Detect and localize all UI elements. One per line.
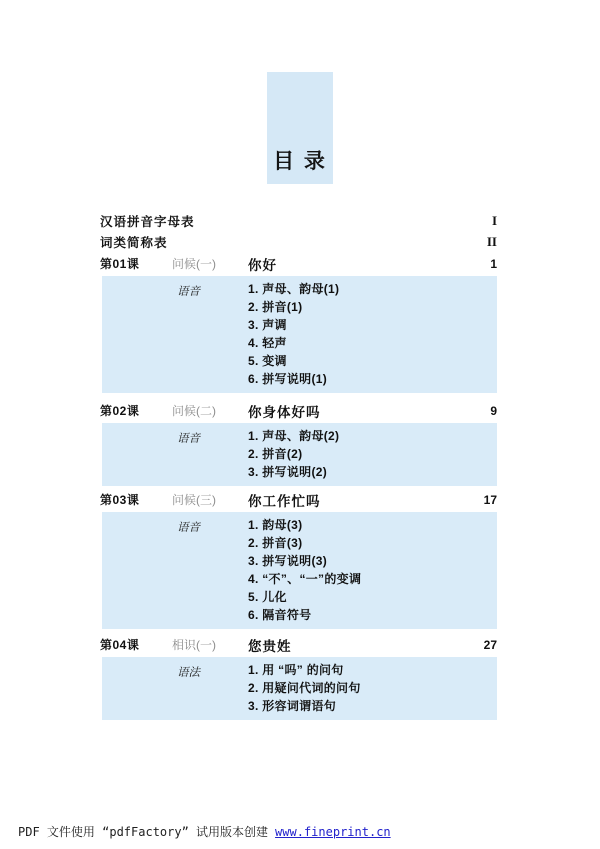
- section-type-label: 语音: [177, 283, 200, 299]
- lesson-item-list: 1. 用 “吗” 的问句 2. 用疑问代词的问句 3. 形容词谓语句: [248, 661, 497, 715]
- toc-item: 6. 拼写说明(1): [248, 370, 497, 388]
- toc-title-box: 目 录: [267, 72, 333, 184]
- toc-item: 4. 轻声: [248, 334, 497, 352]
- section-type-label: 语法: [177, 664, 200, 680]
- lesson-item-list: 1. 韵母(3) 2. 拼音(3) 3. 拼写说明(3) 4. “不”、“一”的…: [248, 516, 497, 624]
- lesson-page-number: 17: [484, 493, 497, 507]
- lesson-title: 你好: [248, 254, 277, 274]
- lesson-item-list: 1. 声母、韵母(2) 2. 拼音(2) 3. 拼写说明(2): [248, 427, 497, 481]
- lesson-category: 问候(二): [172, 402, 248, 419]
- watermark-text: PDF 文件使用 “pdfFactory” 试用版本创建: [18, 825, 268, 839]
- toc-item: 2. 拼音(2): [248, 445, 497, 463]
- toc-item: 3. 声调: [248, 316, 497, 334]
- lesson-category: 相识(一): [172, 636, 248, 653]
- lesson-content-box: 语音 1. 声母、韵母(2) 2. 拼音(2) 3. 拼写说明(2): [102, 423, 497, 486]
- front-matter-row: 词类简称表 II: [100, 231, 497, 252]
- front-matter-page-number: II: [487, 234, 497, 250]
- section-type-label: 语音: [177, 519, 200, 535]
- lesson-section-02: 第02课 问候(二) 你身体好吗 9 语音 1. 声母、韵母(2) 2. 拼音(…: [100, 400, 497, 486]
- lesson-header: 第03课 问候(三) 你工作忙吗 17: [100, 489, 497, 510]
- lesson-title: 你工作忙吗: [248, 490, 321, 510]
- front-matter-label: 汉语拼音字母表: [100, 212, 195, 230]
- lesson-number: 第01课: [100, 255, 172, 272]
- front-matter-label: 词类简称表: [100, 233, 168, 251]
- lesson-section-01: 第01课 问候(一) 你好 1 语音 1. 声母、韵母(1) 2. 拼音(1) …: [100, 253, 497, 393]
- pdffactory-watermark: PDF 文件使用 “pdfFactory” 试用版本创建www.fineprin…: [18, 823, 391, 840]
- lesson-page-number: 27: [484, 638, 497, 652]
- toc-item: 2. 用疑问代词的问句: [248, 679, 497, 697]
- toc-item: 3. 形容词谓语句: [248, 697, 497, 715]
- lesson-title: 你身体好吗: [248, 401, 321, 421]
- lesson-number: 第04课: [100, 636, 172, 653]
- section-type-label: 语音: [177, 430, 200, 446]
- fineprint-link[interactable]: www.fineprint.cn: [275, 825, 391, 839]
- toc-page: 目 录 汉语拼音字母表 I 词类简称表 II 第01课 问候(一) 你好 1 语…: [0, 0, 600, 849]
- toc-item: 1. 韵母(3): [248, 516, 497, 534]
- lesson-content-box: 语音 1. 声母、韵母(1) 2. 拼音(1) 3. 声调 4. 轻声 5. 变…: [102, 276, 497, 393]
- lesson-category: 问候(三): [172, 491, 248, 508]
- toc-item: 4. “不”、“一”的变调: [248, 570, 497, 588]
- page-title: 目 录: [273, 145, 327, 175]
- front-matter-page-number: I: [492, 213, 497, 229]
- toc-item: 2. 拼音(1): [248, 298, 497, 316]
- toc-item: 6. 隔音符号: [248, 606, 497, 624]
- toc-item: 5. 儿化: [248, 588, 497, 606]
- toc-item: 1. 用 “吗” 的问句: [248, 661, 497, 679]
- lesson-item-list: 1. 声母、韵母(1) 2. 拼音(1) 3. 声调 4. 轻声 5. 变调 6…: [248, 280, 497, 388]
- lesson-category: 问候(一): [172, 255, 248, 272]
- lesson-number: 第03课: [100, 491, 172, 508]
- toc-item: 5. 变调: [248, 352, 497, 370]
- lesson-header: 第02课 问候(二) 你身体好吗 9: [100, 400, 497, 421]
- front-matter-row: 汉语拼音字母表 I: [100, 210, 497, 231]
- lesson-content-box: 语法 1. 用 “吗” 的问句 2. 用疑问代词的问句 3. 形容词谓语句: [102, 657, 497, 720]
- toc-item: 2. 拼音(3): [248, 534, 497, 552]
- lesson-section-03: 第03课 问候(三) 你工作忙吗 17 语音 1. 韵母(3) 2. 拼音(3)…: [100, 489, 497, 629]
- toc-item: 3. 拼写说明(3): [248, 552, 497, 570]
- toc-item: 1. 声母、韵母(2): [248, 427, 497, 445]
- lesson-page-number: 1: [490, 257, 497, 271]
- front-matter: 汉语拼音字母表 I 词类简称表 II: [100, 210, 497, 252]
- toc-item: 3. 拼写说明(2): [248, 463, 497, 481]
- lesson-header: 第01课 问候(一) 你好 1: [100, 253, 497, 274]
- lesson-section-04: 第04课 相识(一) 您贵姓 27 语法 1. 用 “吗” 的问句 2. 用疑问…: [100, 634, 497, 720]
- lesson-number: 第02课: [100, 402, 172, 419]
- toc-item: 1. 声母、韵母(1): [248, 280, 497, 298]
- lesson-page-number: 9: [490, 404, 497, 418]
- lesson-header: 第04课 相识(一) 您贵姓 27: [100, 634, 497, 655]
- lesson-title: 您贵姓: [248, 635, 292, 655]
- lesson-content-box: 语音 1. 韵母(3) 2. 拼音(3) 3. 拼写说明(3) 4. “不”、“…: [102, 512, 497, 629]
